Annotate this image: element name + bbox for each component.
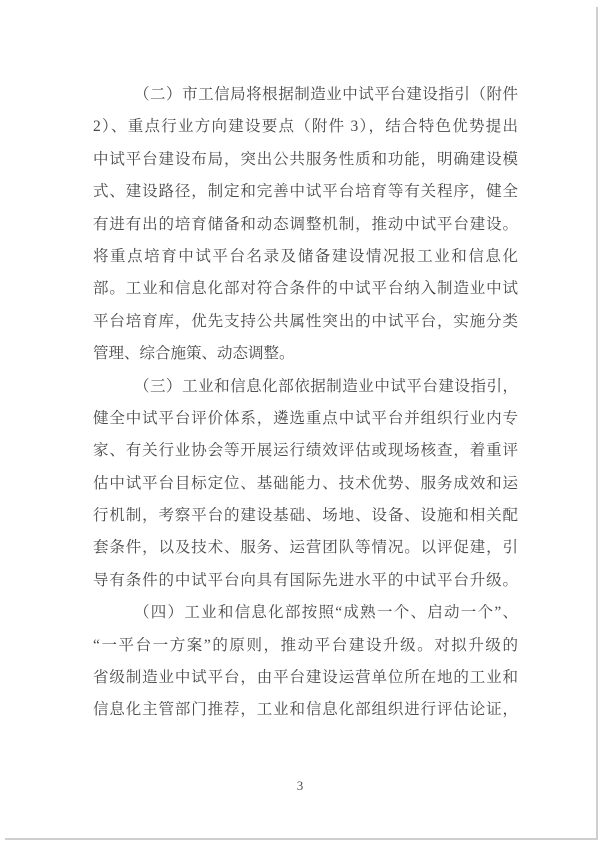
text-line: （四）工业和信息化部按照“成熟一个、启动一个”、	[93, 597, 518, 629]
page-edge-bottom-line	[5, 838, 598, 840]
text-line: 平台培育库，优先支持公共属性突出的中试平台，实施分类	[93, 306, 518, 338]
text-line: 2）、重点行业方向建设要点（附件 3），结合特色优势提出	[93, 111, 518, 143]
text-line: （二）市工信局将根据制造业中试平台建设指引（附件	[93, 79, 518, 111]
text-line: 管理、综合施策、动态调整。	[93, 338, 518, 370]
text-line: 行机制，考察平台的建设基础、场地、设备、设施和相关配	[93, 500, 518, 532]
document-page: （二）市工信局将根据制造业中试平台建设指引（附件2）、重点行业方向建设要点（附件…	[0, 0, 600, 848]
text-line: 将重点培育中试平台名录及储备建设情况报工业和信息化	[93, 241, 518, 273]
text-line: 套条件，以及技术、服务、运营团队等情况。以评促建，引	[93, 532, 518, 564]
text-line: 部。工业和信息化部对符合条件的中试平台纳入制造业中试	[93, 273, 518, 305]
text-line: 健全中试平台评价体系，遴选重点中试平台并组织行业内专	[93, 403, 518, 435]
text-line: “一平台一方案”的原则，推动平台建设升级。对拟升级的	[93, 630, 518, 662]
text-line: 导有条件的中试平台向具有国际先进水平的中试平台升级。	[93, 565, 518, 597]
page-edge-right-line	[596, 7, 598, 840]
text-line: 有进有出的培育储备和动态调整机制，推动中试平台建设。	[93, 209, 518, 241]
text-line: 信息化主管部门推荐，工业和信息化部组织进行评估论证，	[93, 694, 518, 726]
text-line: 估中试平台目标定位、基础能力、技术优势、服务成效和运	[93, 468, 518, 500]
text-line: 省级制造业中试平台，由平台建设运营单位所在地的工业和	[93, 662, 518, 694]
page-number: 3	[0, 778, 600, 794]
text-line: （三）工业和信息化部依据制造业中试平台建设指引，	[93, 371, 518, 403]
text-line: 式、建设路径，制定和完善中试平台培育等有关程序，健全	[93, 176, 518, 208]
text-line: 家、有关行业协会等开展运行绩效评估或现场核查，着重评	[93, 435, 518, 467]
document-lines: （二）市工信局将根据制造业中试平台建设指引（附件2）、重点行业方向建设要点（附件…	[93, 79, 518, 727]
text-line: 中试平台建设布局，突出公共服务性质和功能，明确建设模	[93, 144, 518, 176]
